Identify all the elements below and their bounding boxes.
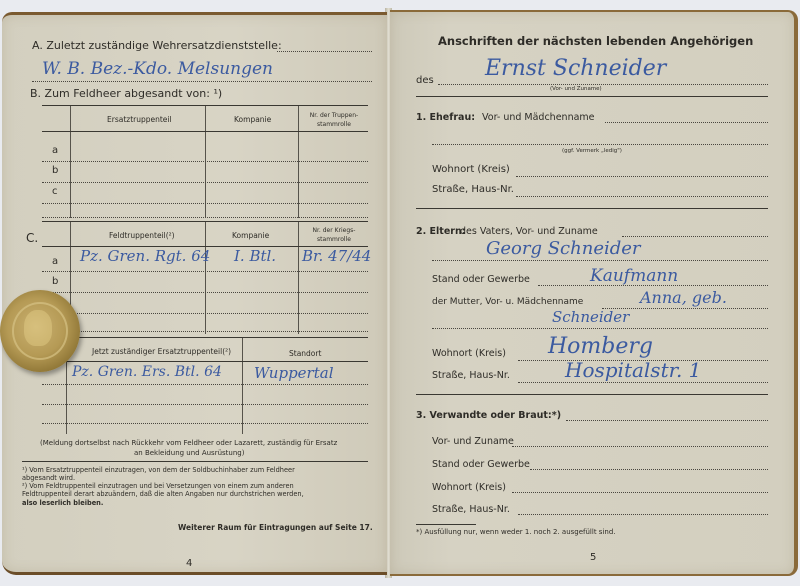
strasse-label: Straße, Haus-Nr.: [432, 370, 510, 381]
table-d-divider: [242, 338, 243, 434]
table-c-row-a-company: I. Btl.: [234, 247, 276, 265]
footnote-1-line-1: ¹) Vom Ersatztruppenteil einzutragen, vo…: [22, 466, 295, 474]
section-1-sub: Vor- und Mädchenname: [482, 112, 595, 123]
table-d-header-rule: [42, 361, 368, 362]
table-b-divider: [205, 106, 206, 218]
mother-name-2: Schneider: [552, 308, 629, 326]
section-a-line: [277, 51, 372, 52]
page-number-5: 5: [590, 552, 596, 563]
table-c-col-number: Nr. der Kriegs-stammrolle: [302, 226, 366, 244]
section-1-strasse: Straße, Haus-Nr.: [432, 184, 514, 195]
footnote-2-line-1: ²) Vom Feldtruppenteil einzutragen und b…: [22, 482, 294, 490]
table-b-row-line: [42, 203, 368, 204]
table-b-col-company: Kompanie: [234, 115, 271, 124]
right-page-title: Anschriften der nächsten lebenden Angehö…: [438, 34, 753, 48]
section-1-line: [432, 144, 768, 145]
table-c-row-line: [42, 313, 368, 314]
coin-object: [0, 290, 80, 372]
table-c-row-a-number: Br. 47/44: [302, 247, 371, 265]
des-label: des: [416, 75, 434, 86]
footnote-rule: [416, 524, 476, 525]
table-d-row-unit: Pz. Gren. Ers. Btl. 64: [72, 364, 222, 380]
table-c-row-line: [42, 271, 368, 272]
section-b-label: B. Zum Feldheer abgesandt von: ¹): [30, 87, 222, 100]
table-c-row-b: b: [52, 276, 58, 287]
table-c-col-company: Kompanie: [232, 231, 269, 240]
table-b-col-unit: Ersatztruppenteil: [107, 115, 172, 124]
table-d-row-line: [42, 404, 368, 405]
section-3-strasse: Straße, Haus-Nr.: [432, 504, 510, 515]
section-2-label: 2. Eltern:: [416, 226, 466, 237]
section-3-wohnort: Wohnort (Kreis): [432, 482, 506, 493]
table-b-row-a: a: [52, 145, 58, 156]
section-2-father-label: des Vaters, Vor- und Zuname: [460, 226, 598, 237]
section-3-line: [512, 446, 768, 447]
table-d-note-1: (Meldung dortselbst nach Rückkehr vom Fe…: [40, 439, 337, 447]
table-c-row-a-unit: Pz. Gren. Rgt. 64: [80, 247, 210, 265]
table-c-col-unit: Feldtruppenteil(²): [109, 231, 175, 240]
section-2-line: [518, 382, 768, 383]
section-3-label: 3. Verwandte oder Braut:*): [416, 410, 561, 421]
father-name: Georg Schneider: [486, 238, 641, 259]
page-number-4: 4: [186, 558, 192, 569]
section-3-line: [530, 469, 768, 470]
table-c-row-line: [42, 292, 368, 293]
section-1-line: [605, 122, 768, 123]
section-2-line: [432, 328, 768, 329]
wohnort-label: Wohnort (Kreis): [432, 348, 506, 359]
soldier-name: Ernst Schneider: [485, 56, 666, 81]
table-c-divider: [205, 222, 206, 334]
section-2-line: [432, 260, 768, 261]
table-b-row-line: [42, 161, 368, 162]
table-b-divider: [298, 106, 299, 218]
section-1-label: 1. Ehefrau:: [416, 112, 475, 123]
more-space-note: Weiterer Raum für Eintragungen auf Seite…: [178, 523, 373, 532]
table-d-row-line: [42, 423, 368, 424]
right-footnote: *) Ausfüllung nur, wenn weder 1. noch 2.…: [416, 528, 616, 536]
des-caption: (Vor- und Zuname): [550, 86, 602, 92]
footnote-2-line-2: Feldtruppenteil derart abzuändern, daß d…: [22, 490, 304, 498]
table-d-col-unit: Jetzt zuständiger Ersatztruppenteil(²): [92, 347, 231, 356]
section-1-line: [516, 196, 768, 197]
table-d-row-location: Wuppertal: [254, 364, 334, 382]
section-1-line: [516, 176, 768, 177]
section-2-line: [622, 236, 768, 237]
wohnort-value: Homberg: [548, 334, 653, 359]
section-3-stand: Stand oder Gewerbe: [432, 459, 530, 470]
mother-label: der Mutter, Vor- u. Mädchenname: [432, 297, 583, 307]
section-a-handwritten: W. B. Bez.-Kdo. Melsungen: [42, 59, 273, 79]
section-rule: [416, 394, 768, 395]
table-d-row-line: [42, 384, 368, 385]
section-1-wohnort: Wohnort (Kreis): [432, 164, 510, 175]
section-1-note: (ggf. Vermerk „ledig"): [562, 148, 622, 154]
table-b-row-b: b: [52, 165, 58, 176]
footnote-rule: [22, 461, 368, 462]
table-c-row-line: [42, 331, 368, 332]
table-b-divider: [70, 106, 71, 218]
section-3-line: [512, 492, 768, 493]
table-c-row-a: a: [52, 256, 58, 267]
strasse-value: Hospitalstr. 1: [565, 358, 701, 382]
table-b-col-number: Nr. der Truppen-stammrolle: [302, 111, 366, 129]
page-4: A. Zuletzt zuständige Wehrersatzdienstst…: [2, 12, 387, 575]
table-d-top-rule: [42, 337, 368, 338]
stand-label: Stand oder Gewerbe: [432, 274, 530, 285]
section-3-line: [518, 514, 768, 515]
table-d-col-location: Standort: [289, 349, 321, 358]
section-2-line: [538, 285, 768, 286]
mother-name-1: Anna, geb.: [640, 288, 727, 307]
table-d-note-2: an Bekleidung und Ausrüstung): [134, 449, 244, 457]
page-5: Anschriften der nächsten lebenden Angehö…: [390, 10, 798, 576]
section-a-line-2: [32, 81, 372, 82]
footnote-2-line-3: also leserlich bleiben.: [22, 499, 103, 507]
section-rule: [416, 208, 768, 209]
section-rule: [416, 96, 768, 97]
stand-value: Kaufmann: [590, 266, 678, 286]
table-b-header-rule: [42, 131, 368, 132]
footnote-1-line-2: abgesandt wird.: [22, 474, 75, 482]
section-a-label: A. Zuletzt zuständige Wehrersatzdienstst…: [32, 39, 282, 52]
table-b-row-c: c: [52, 186, 58, 197]
table-b-row-line: [42, 182, 368, 183]
section-c-label: C.: [26, 231, 38, 245]
table-b-row-line: [42, 217, 368, 218]
table-c-divider: [298, 222, 299, 334]
section-3-line: [566, 420, 768, 421]
section-3-name: Vor- und Zuname: [432, 436, 514, 447]
des-line: [438, 84, 768, 85]
